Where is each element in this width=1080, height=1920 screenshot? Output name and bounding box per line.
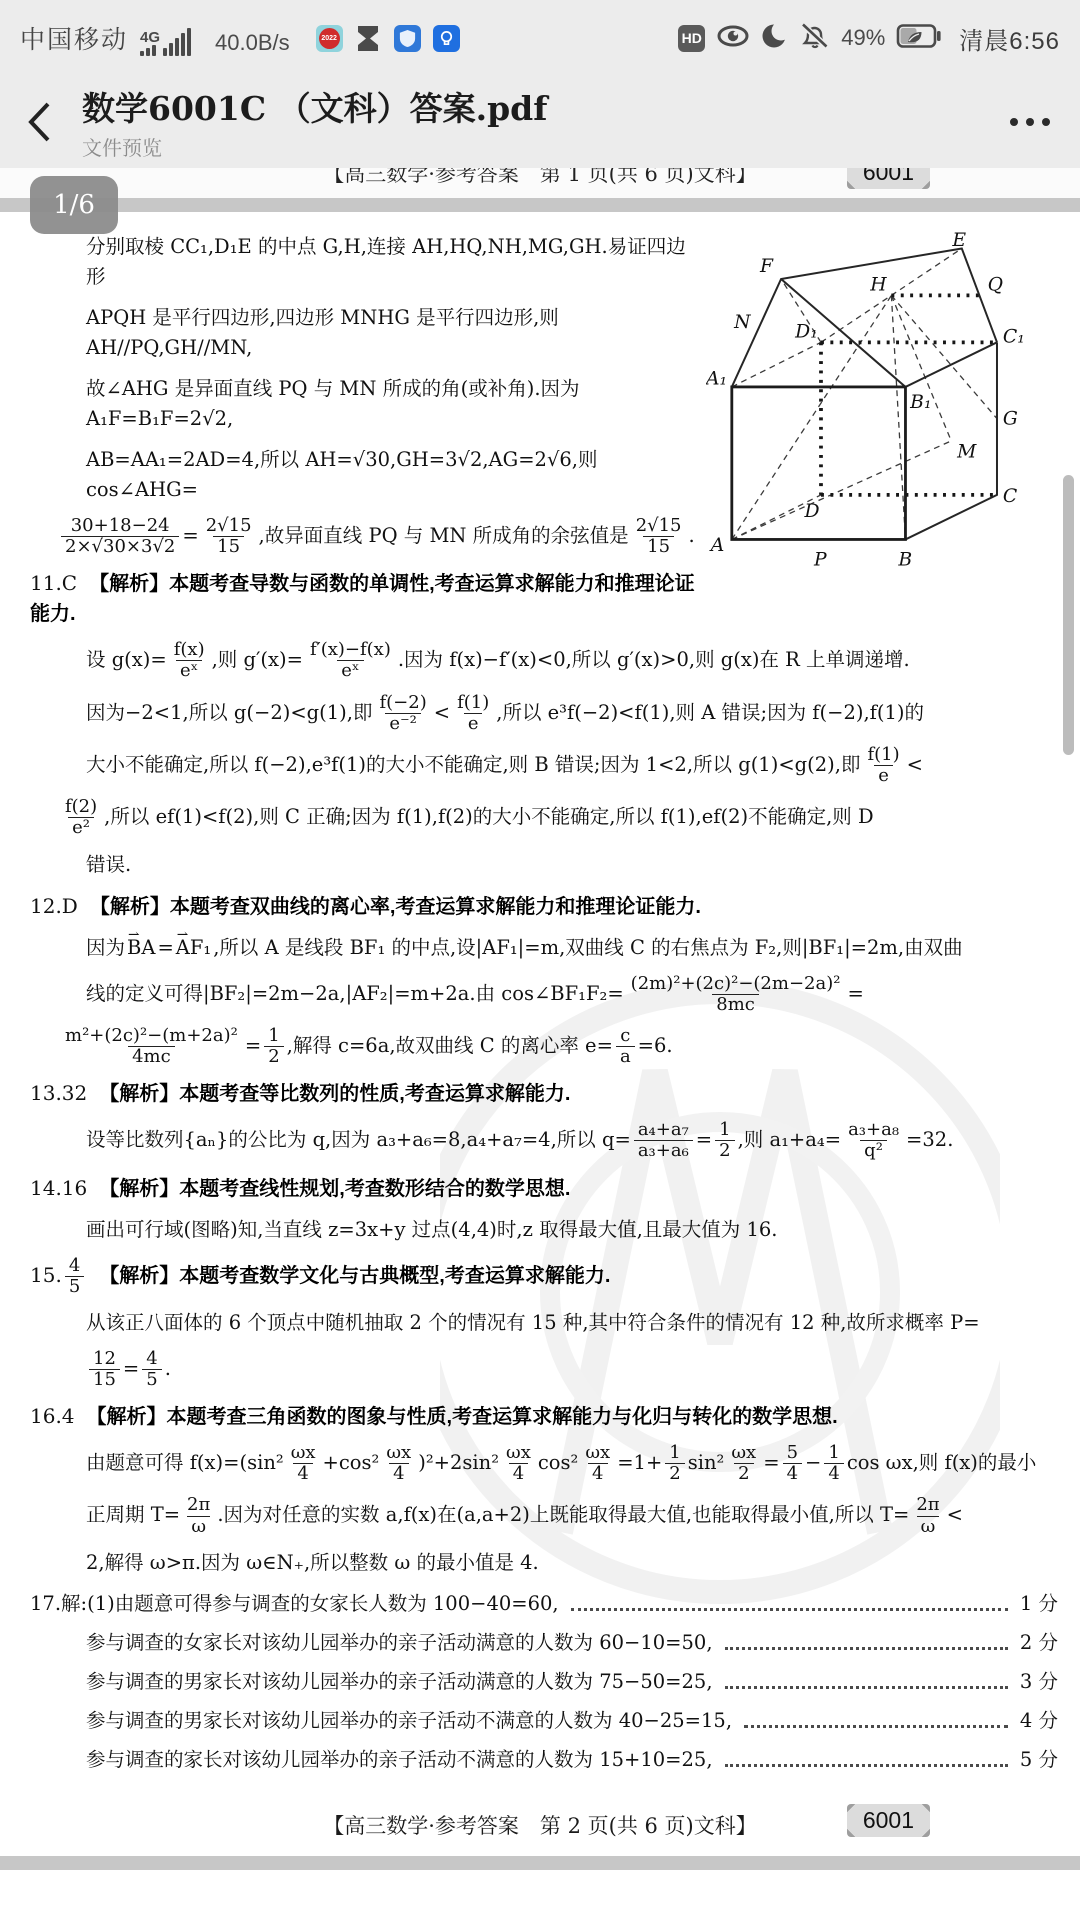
solution-line: 从该正八面体的 6 个顶点中随机抽取 2 个的情况有 15 种,其中符合条件的情… bbox=[86, 1308, 1058, 1338]
step-score: 3 分 bbox=[1020, 1667, 1058, 1697]
solution-line: 错误. bbox=[86, 850, 1058, 880]
document-subtitle: 文件预览 bbox=[82, 132, 1006, 161]
solution-line: 设 g(x)=f(x)eˣ,则 g′(x)=f′(x)−f(x)eˣ.因为 f(… bbox=[86, 640, 1058, 681]
problem-header: 14.16【解析】本题考查线性规划,考查数形结合的数学思想. bbox=[30, 1173, 1058, 1204]
problem-number-answer: 14.16 bbox=[30, 1176, 87, 1200]
problem-11: 11.C【解析】本题考查导数与函数的单调性,考查运算求解能力和推理论证能力. 设… bbox=[30, 568, 1058, 879]
status-right: HD 49% bbox=[678, 21, 1060, 56]
problem-16: 16.4【解析】本题考查三角函数的图象与性质,考查运算求解能力与化归与转化的数学… bbox=[30, 1401, 1058, 1578]
analysis-heading: 【解析】本题考查线性规划,考查数形结合的数学思想. bbox=[99, 1178, 570, 1200]
back-button[interactable] bbox=[26, 94, 66, 150]
eye-protection-icon bbox=[716, 23, 750, 54]
solution-line: m²+(2c)²−(m+2a)²4mc=12,解得 c=6a,故双曲线 C 的离… bbox=[58, 1026, 1058, 1067]
lightbulb-app-icon bbox=[433, 25, 460, 52]
battery-saver-icon bbox=[896, 23, 942, 54]
sim1-signal-icon bbox=[163, 28, 191, 56]
scored-step: 参与调查的女家长对该幼儿园举办的亲子活动满意的人数为 60−10=50, 2 分 bbox=[86, 1628, 1058, 1658]
solution-line: 画出可行域(图略)知,当直线 z=3x+y 过点(4,4)时,z 取得最大值,且… bbox=[86, 1215, 1058, 1245]
battery-percent-label: 49% bbox=[841, 25, 885, 51]
more-menu-button[interactable] bbox=[1006, 108, 1054, 136]
document-title: 数学6001C （文科）答案.pdf bbox=[82, 83, 1006, 130]
solution-line: APQH 是平行四边形,四边形 MNHG 是平行四边形,则 AH//PQ,GH/… bbox=[86, 303, 1058, 363]
footer-text: 【高三数学·参考答案 第 2 页(共 6 页)文科】 bbox=[323, 1810, 756, 1840]
analysis-heading: 【解析】本题考查双曲线的离心率,考查运算求解能力和推理论证能力. bbox=[90, 896, 701, 918]
app-header: 数学6001C （文科）答案.pdf 文件预览 bbox=[0, 76, 1080, 168]
solution-line: 1215=45. bbox=[86, 1349, 1058, 1390]
year-2022-app-icon: 2022 bbox=[316, 25, 343, 52]
paper-code-badge: 6001 bbox=[847, 1804, 930, 1837]
solution-line: 30+18−242×√30×3√2=2√1515,故异面直线 PQ 与 MN 所… bbox=[58, 516, 1058, 557]
problem-number-answer: 12.D bbox=[30, 894, 78, 918]
analysis-heading: 【解析】本题考查三角函数的图象与性质,考查运算求解能力与化归与转化的数学思想. bbox=[87, 1406, 838, 1428]
dark-mode-moon-icon bbox=[761, 22, 789, 55]
problem-15: 15.45【解析】本题考查数学文化与古典概型,考查运算求解能力. 从该正八面体的… bbox=[30, 1256, 1058, 1391]
previous-page-footer: 【高三数学·参考答案 第 1 页(共 6 页)文科】 6001 bbox=[0, 168, 1080, 196]
solution-line: 因为BA=AF₁,所以 A 是线段 BF₁ 的中点,设|AF₁|=m,双曲线 C… bbox=[86, 933, 1058, 963]
previous-page-strip: 【高三数学·参考答案 第 1 页(共 6 页)文科】 6001 bbox=[0, 168, 1080, 198]
hourglass-icon bbox=[355, 25, 382, 52]
problem-number-answer: 13.32 bbox=[30, 1081, 87, 1105]
paper-code-badge: 6001 bbox=[847, 168, 930, 189]
step-score: 2 分 bbox=[1020, 1628, 1058, 1658]
signal-icon: 4G bbox=[140, 28, 191, 56]
solution-line: 2,解得 ω>π.因为 ω∈N₊,所以整数 ω 的最小值是 4. bbox=[86, 1548, 1058, 1578]
problem-number-answer: 16.4 bbox=[30, 1404, 75, 1428]
solution-line: 故∠AHG 是异面直线 PQ 与 MN 所成的角(或补角).因为 A₁F=B₁F… bbox=[86, 374, 1058, 434]
analysis-heading: 【解析】本题考查数学文化与古典概型,考查运算求解能力. bbox=[99, 1265, 610, 1287]
problem-header: 16.4【解析】本题考查三角函数的图象与性质,考查运算求解能力与化归与转化的数学… bbox=[30, 1401, 1058, 1432]
previous-footer-text: 【高三数学·参考答案 第 1 页(共 6 页)文科】 bbox=[323, 168, 756, 188]
solution-line: 正周期 T=2πω.因为对任意的实数 a,f(x)在(a,a+2)上既能取得最大… bbox=[86, 1495, 1058, 1536]
solution-line: 因为−2<1,所以 g(−2)<g(1),即f(−2)e⁻²<f(1)e,所以 … bbox=[86, 693, 1058, 734]
step-score: 1 分 bbox=[1020, 1589, 1058, 1619]
problem-header: 13.32【解析】本题考查等比数列的性质,考查运算求解能力. bbox=[30, 1078, 1058, 1109]
problem-number-answer: 11.C bbox=[30, 571, 77, 595]
problem-17: 17.解:(1)由题意可得参与调查的女家长人数为 100−40=60, 1 分 … bbox=[30, 1589, 1058, 1775]
page-separator bbox=[0, 1856, 1080, 1870]
solution-line: 线的定义可得|BF₂|=2m−2a,|AF₂|=m+2a.由 cos∠BF₁F₂… bbox=[86, 974, 1058, 1015]
solution-line: 由题意可得 f(x)=(sin²ωx4+cos²ωx4)²+2sin²ωx4co… bbox=[86, 1443, 1058, 1484]
step-text: 17.解:(1)由题意可得参与调查的女家长人数为 100−40=60, bbox=[30, 1589, 559, 1619]
page-indicator-badge: 1/6 bbox=[30, 176, 118, 234]
step-text: 参与调查的男家长对该幼儿园举办的亲子活动不满意的人数为 40−25=15, bbox=[86, 1706, 732, 1736]
problem-14: 14.16【解析】本题考查线性规划,考查数形结合的数学思想. 画出可行域(图略)… bbox=[30, 1173, 1058, 1245]
problem-number-answer: 15.45 bbox=[30, 1263, 87, 1287]
scored-step: 参与调查的男家长对该幼儿园举办的亲子活动不满意的人数为 40−25=15, 4 … bbox=[86, 1706, 1058, 1736]
scrollbar-thumb[interactable] bbox=[1063, 475, 1074, 755]
solution-line: 大小不能确定,所以 f(−2),e³f(1)的大小不能确定,则 B 错误;因为 … bbox=[86, 745, 1058, 786]
hd-voice-icon: HD bbox=[678, 25, 705, 52]
problem-13: 13.32【解析】本题考查等比数列的性质,考查运算求解能力. 设等比数列{aₙ}… bbox=[30, 1078, 1058, 1161]
solution-line: 设等比数列{aₙ}的公比为 q,因为 a₃+a₆=8,a₄+a₇=4,所以 q=… bbox=[86, 1120, 1058, 1161]
step-text: 参与调查的男家长对该幼儿园举办的亲子活动满意的人数为 75−50=25, bbox=[86, 1667, 713, 1697]
page-separator bbox=[0, 198, 1080, 212]
step-text: 参与调查的女家长对该幼儿园举办的亲子活动满意的人数为 60−10=50, bbox=[86, 1628, 713, 1658]
solution-line: AB=AA₁=2AD=4,所以 AH=√30,GH=3√2,AG=2√6,则 c… bbox=[86, 445, 1058, 505]
sim2-signal-icon bbox=[140, 45, 156, 56]
solution-line: 分别取棱 CC₁,D₁E 的中点 G,H,连接 AH,HQ,NH,MG,GH.易… bbox=[86, 232, 1058, 292]
analysis-heading: 【解析】本题考查导数与函数的单调性,考查运算求解能力和推理论证能力. bbox=[30, 573, 695, 625]
problem-header: 15.45【解析】本题考查数学文化与古典概型,考查运算求解能力. bbox=[30, 1256, 1058, 1297]
problem-header: 12.D【解析】本题考查双曲线的离心率,考查运算求解能力和推理论证能力. bbox=[30, 891, 1058, 922]
dotted-leader bbox=[725, 1686, 1008, 1689]
back-chevron-icon bbox=[26, 100, 52, 144]
scored-step: 参与调查的家长对该幼儿园举办的亲子活动不满意的人数为 15+10=25, 5 分 bbox=[86, 1745, 1058, 1775]
step-text: 参与调查的家长对该幼儿园举办的亲子活动不满意的人数为 15+10=25, bbox=[86, 1745, 713, 1775]
status-bar: 中国移动 4G 40.0B/s 2022 bbox=[0, 0, 1080, 76]
step-score: 5 分 bbox=[1020, 1745, 1058, 1775]
scored-step: 参与调查的男家长对该幼儿园举办的亲子活动满意的人数为 75−50=25, 3 分 bbox=[86, 1667, 1058, 1697]
step-score: 4 分 bbox=[1020, 1706, 1058, 1736]
dotted-leader bbox=[725, 1764, 1008, 1767]
status-left: 中国移动 4G 40.0B/s bbox=[20, 20, 290, 56]
problem-12: 12.D【解析】本题考查双曲线的离心率,考查运算求解能力和推理论证能力. 因为B… bbox=[30, 891, 1058, 1068]
dotted-leader bbox=[744, 1725, 1008, 1728]
dotted-leader bbox=[725, 1647, 1008, 1650]
analysis-heading: 【解析】本题考查等比数列的性质,考查运算求解能力. bbox=[99, 1083, 570, 1105]
mute-bell-icon bbox=[800, 22, 830, 55]
phone-screen: 中国移动 4G 40.0B/s 2022 bbox=[0, 0, 1080, 1920]
page-footer: 【高三数学·参考答案 第 2 页(共 6 页)文科】 6001 bbox=[0, 1804, 1080, 1846]
dotted-leader bbox=[571, 1608, 1008, 1611]
shield-app-icon bbox=[394, 25, 421, 52]
network-type-label: 4G bbox=[140, 30, 160, 45]
pdf-page[interactable]: E F H Q N D₁ C₁ A₁ B₁ G M C D A P B bbox=[0, 212, 1080, 1856]
network-speed-label: 40.0B/s bbox=[215, 30, 290, 56]
problem-header: 11.C【解析】本题考查导数与函数的单调性,考查运算求解能力和推理论证能力. bbox=[30, 568, 1058, 629]
notification-icons: 2022 bbox=[316, 25, 460, 52]
scored-step: 17.解:(1)由题意可得参与调查的女家长人数为 100−40=60, 1 分 bbox=[30, 1589, 1058, 1619]
header-titles: 数学6001C （文科）答案.pdf 文件预览 bbox=[82, 83, 1006, 161]
carrier-label: 中国移动 bbox=[20, 20, 128, 56]
clock-label: 清晨6:56 bbox=[959, 21, 1060, 56]
solution-line: f(2)e²,所以 ef(1)<f(2),则 C 正确;因为 f(1),f(2)… bbox=[58, 797, 1058, 838]
